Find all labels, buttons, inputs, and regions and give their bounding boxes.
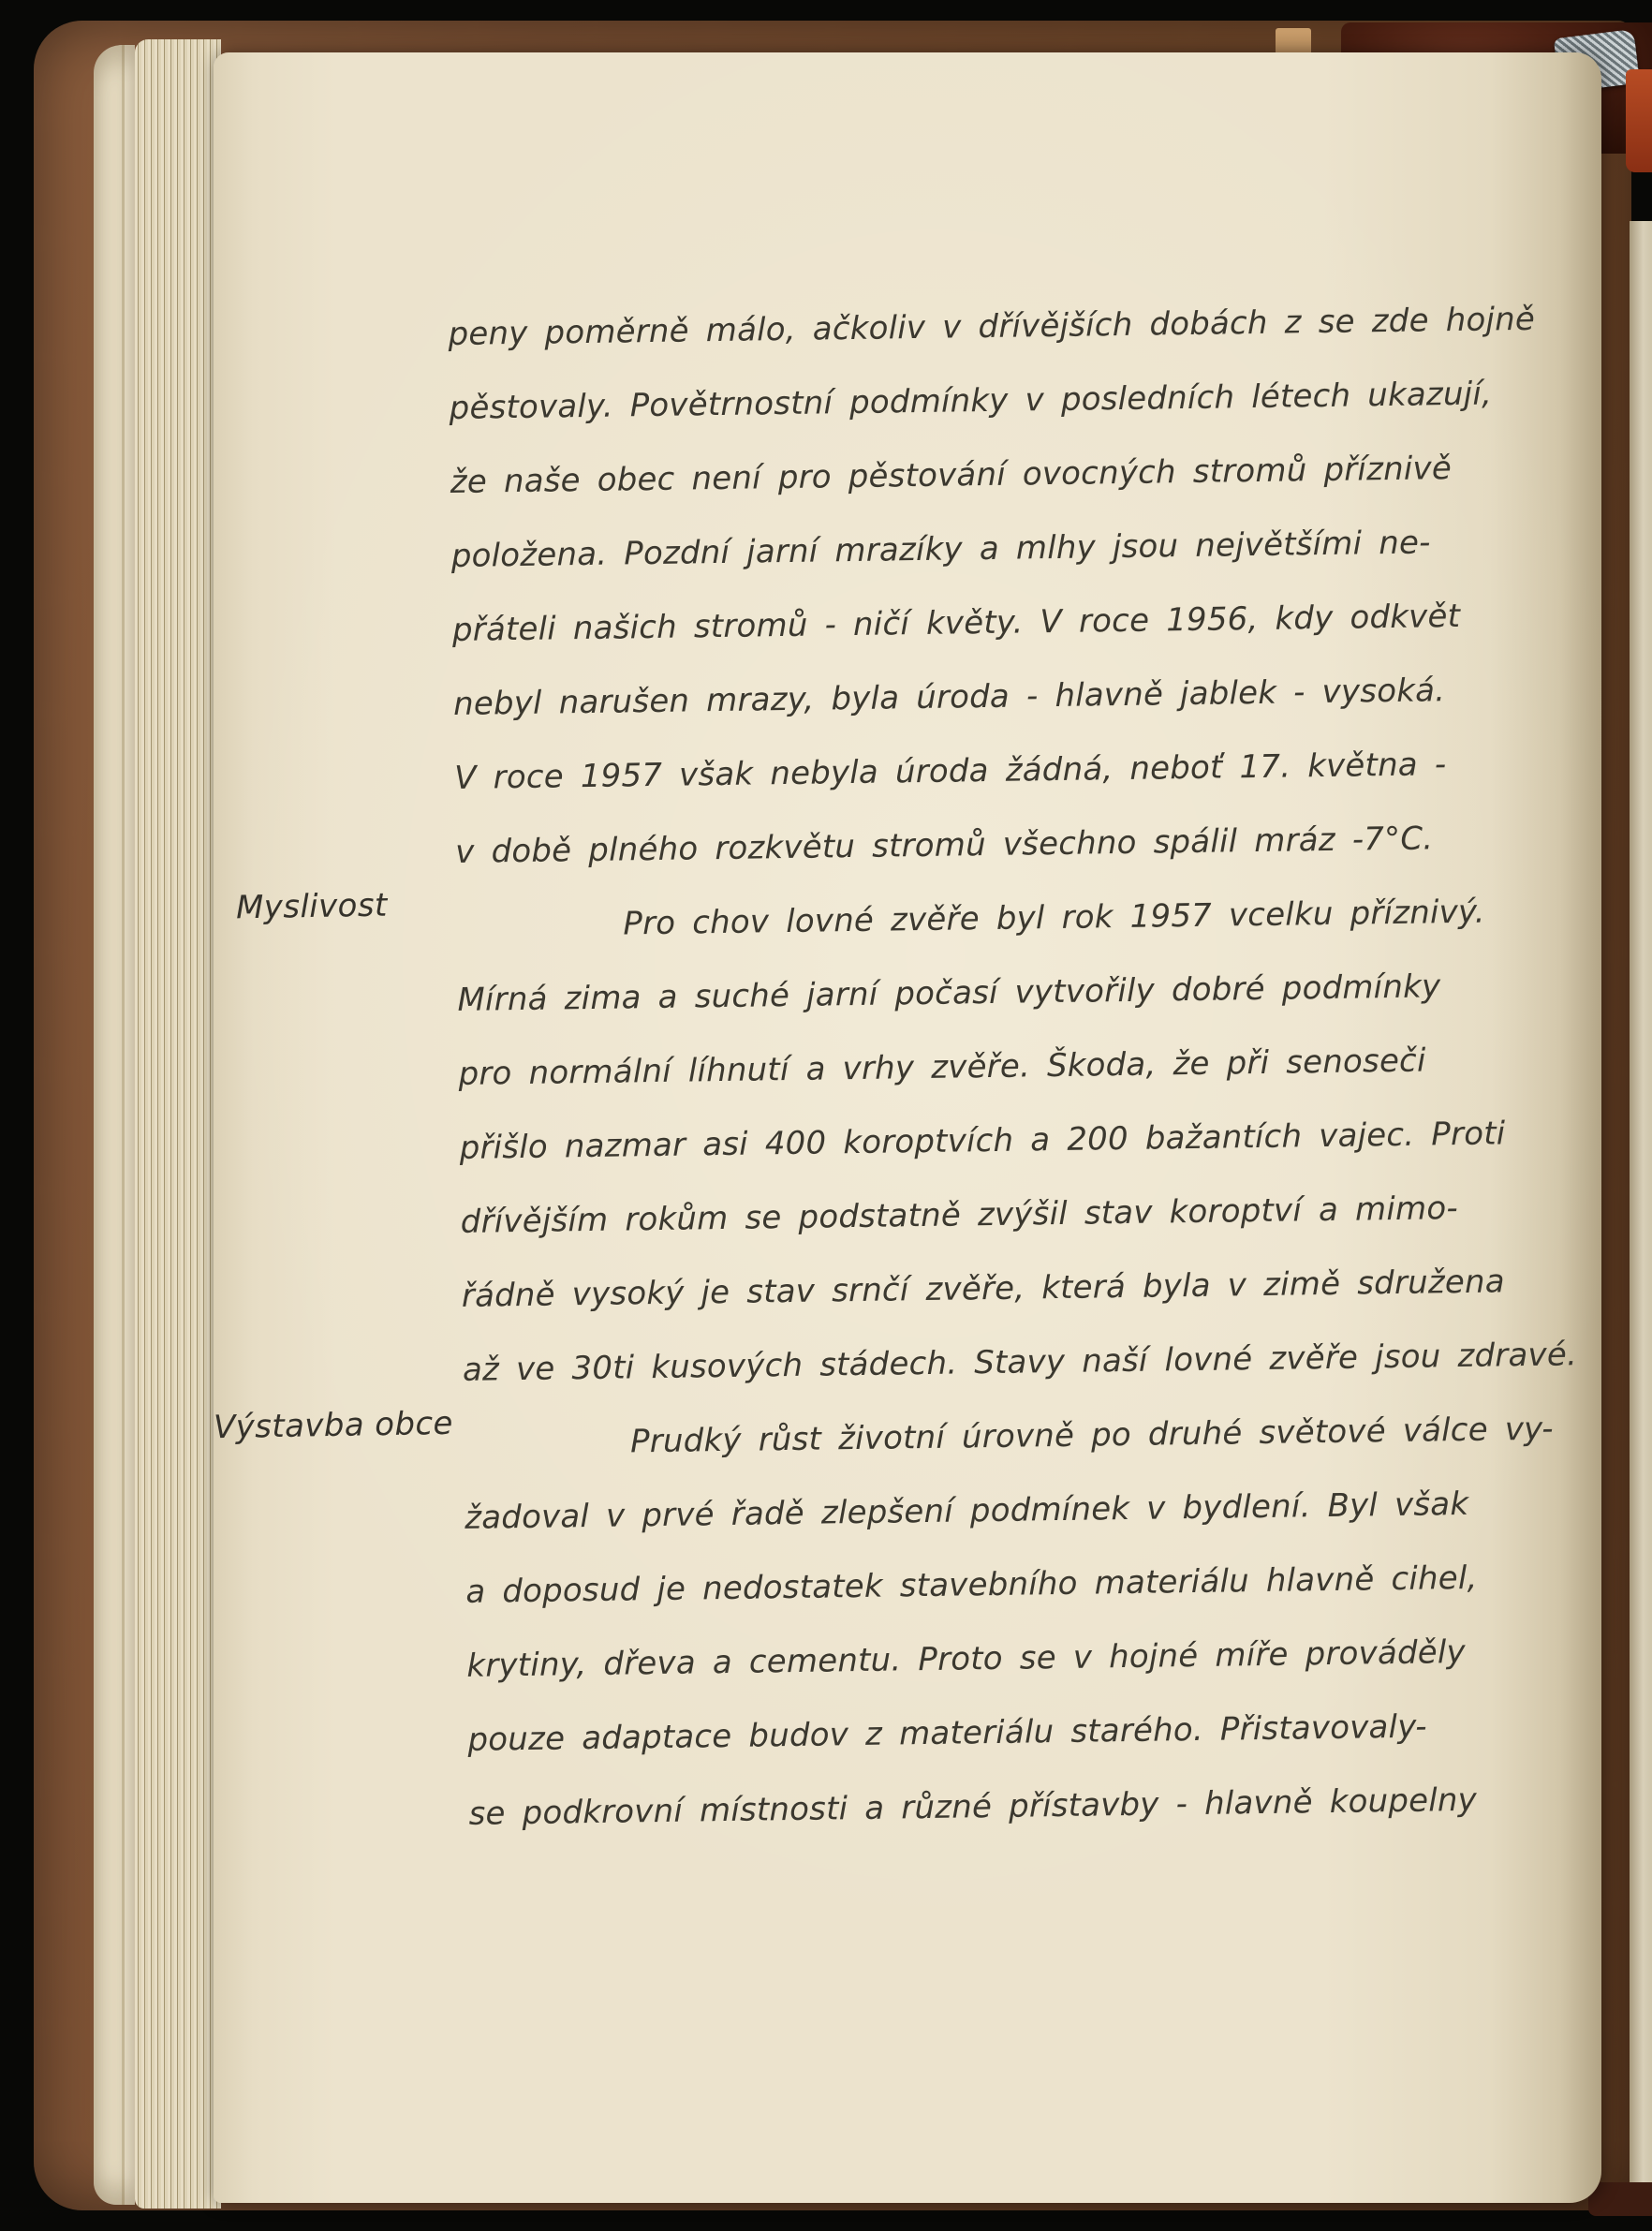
handwritten-text-block: peny poměrně málo, ačkoliv v dřívějších … [448, 282, 1584, 1851]
page-stack-edges [135, 39, 221, 2209]
page-stack-outer-sheet [94, 45, 135, 2205]
next-page-edge [1630, 221, 1652, 2195]
margin-note-myslivost: Myslivost [236, 887, 388, 927]
text-line: se podkrovní místnosti a různé přístavby… [468, 1762, 1584, 1852]
margin-note-vystavba-obce: Výstavba obce [214, 1405, 453, 1446]
book-photo-backdrop: Myslivost Výstavba obce peny poměrně mál… [0, 0, 1652, 2231]
spine-bottom-sliver [1588, 2182, 1652, 2216]
spine-red-cord [1626, 69, 1652, 172]
